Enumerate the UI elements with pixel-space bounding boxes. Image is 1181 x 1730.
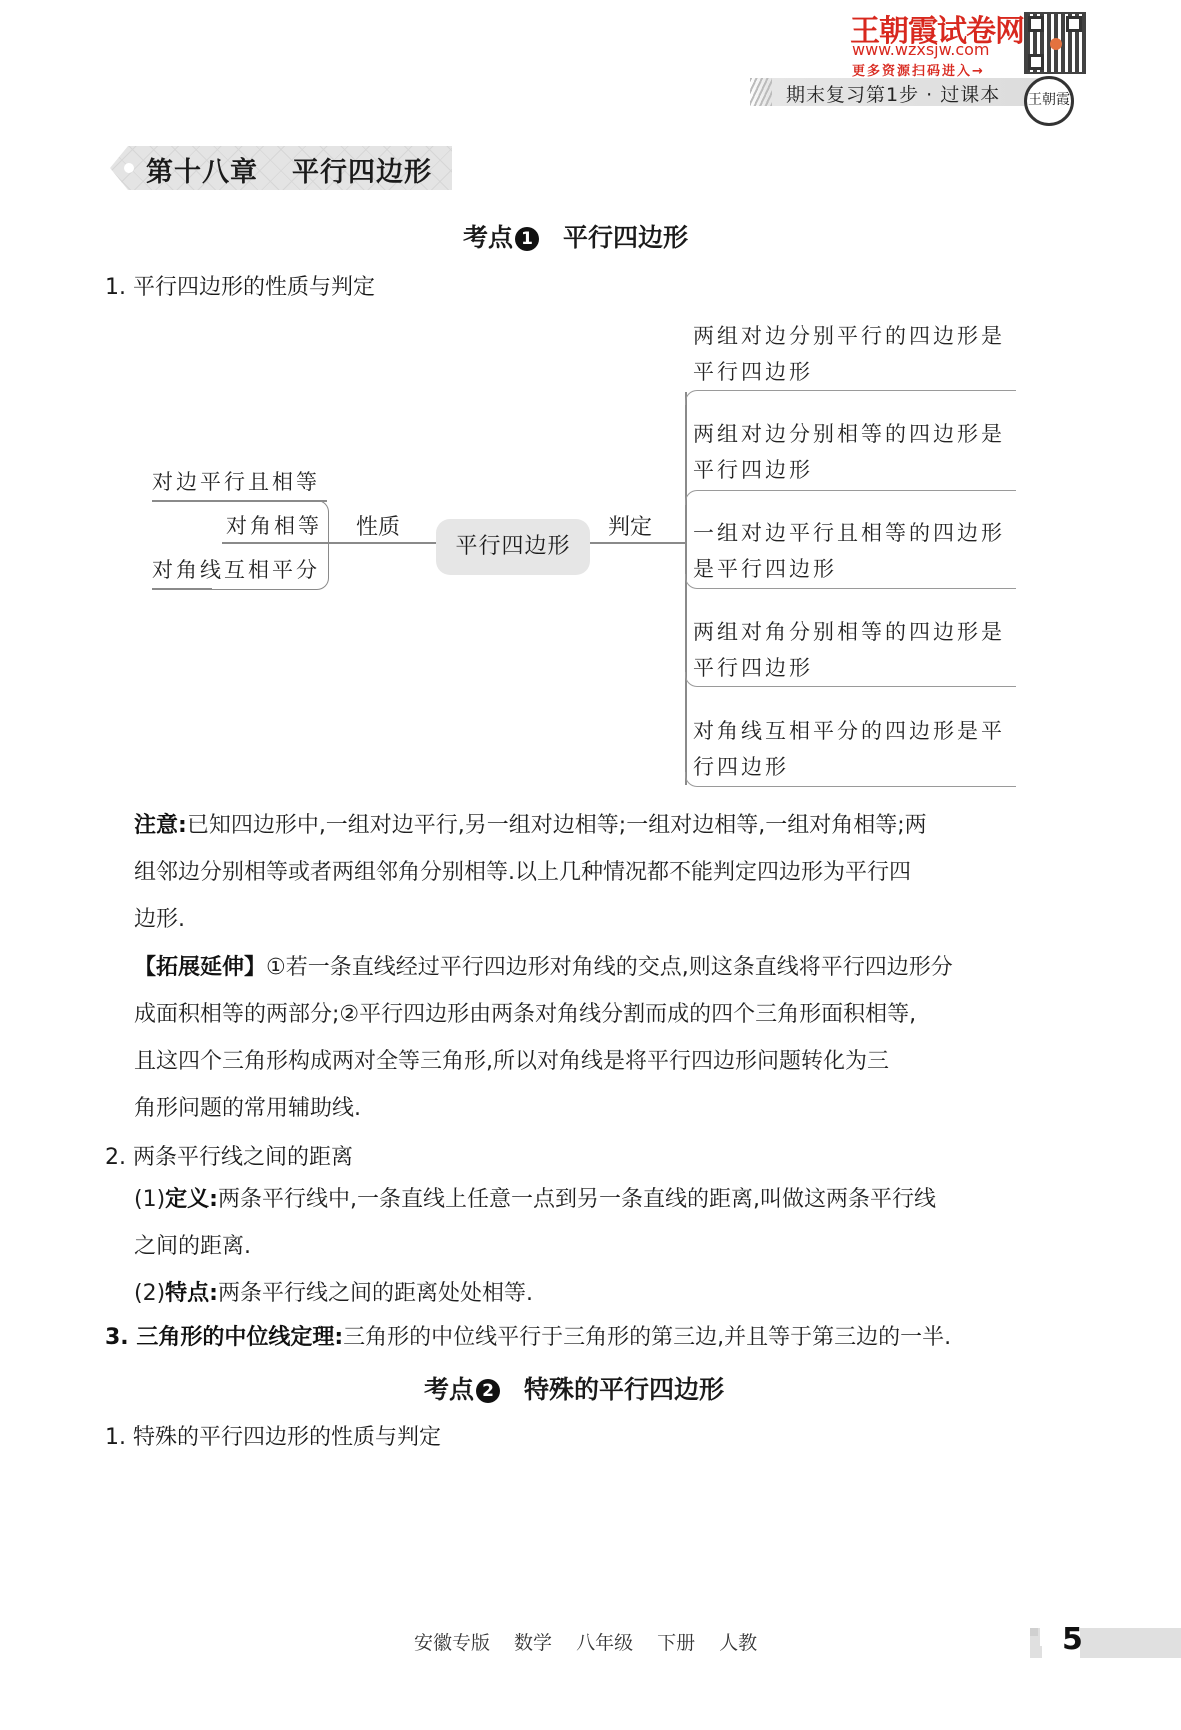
note-text: 组邻边分别相等或者两组邻角分别相等.以上几种情况都不能判定四边形为平行四 [134,849,1074,896]
qr-finder-icon [1028,16,1044,32]
theorem-paragraph: 3. 三角形的中位线定理:三角形的中位线平行于三角形的第三边,并且等于第三边的一… [105,1314,951,1361]
branch-label-properties: 性质 [356,510,400,541]
center-node: 平行四边形 [436,519,590,575]
qr-code-icon[interactable] [1024,12,1086,74]
note-paragraph: 注意:已知四边形中,一组对边平行,另一组对边相等;一组对边相等,一组对角相等;两… [134,802,1074,943]
step-label: 期末复习第1步 · 过课本 [786,80,1000,107]
section-title: 特殊的平行四边形 [524,1375,724,1404]
note-text: 已知四边形中,一组对边平行,另一组对边相等;一组对边相等,一组对角相等;两 [187,813,927,838]
box-line [685,390,1016,405]
extension-text: 角形问题的常用辅助线. [134,1085,1074,1132]
theorem-text: 三角形的中位线平行于三角形的第三边,并且等于第三边的一半. [343,1325,951,1350]
decor-square [1030,1628,1038,1636]
extension-text: 且这四个三角形构成两对全等三角形,所以对角线是将平行四边形问题转化为三 [134,1038,1074,1085]
criterion-item: 两组对角分别相等的四边形是平行四边形 [693,614,1005,686]
connector-line [329,542,437,544]
criterion-item: 对角线互相平分的四边形是平行四边形 [693,713,1005,785]
section-prefix: 考点 [424,1375,474,1404]
feature-label: 特点: [165,1281,218,1306]
connector-line [590,542,686,544]
extension-text: 成面积相等的两部分;②平行四边形由两条对角线分割而成的四个三角形面积相等, [134,991,1074,1038]
item-heading: 2. 两条平行线之间的距离 [105,1140,353,1171]
criterion-item: 一组对边平行且相等的四边形是平行四边形 [693,515,1005,587]
extension-label: 【拓展延伸】 [134,955,266,980]
theorem-label: 3. 三角形的中位线定理: [105,1325,343,1350]
list-marker: (2) [134,1281,165,1306]
branch-label-criteria: 判定 [608,510,652,541]
seal-logo-icon: 王朝霞 [1024,76,1074,126]
criterion-item: 两组对边分别相等的四边形是平行四边形 [693,416,1005,488]
page-number: 5 [1062,1622,1083,1657]
definition-paragraph: (1)定义:两条平行线中,一条直线上任意一点到另一条直线的距离,叫做这两条平行线… [134,1176,1074,1317]
section-prefix: 考点 [463,223,513,252]
item-heading: 1. 特殊的平行四边形的性质与判定 [105,1420,441,1451]
number-badge-icon: 1 [515,227,539,251]
extension-paragraph: 【拓展延伸】①若一条直线经过平行四边形对角线的交点,则这条直线将平行四边形分 成… [134,944,1074,1132]
definition-text: 两条平行线中,一条直线上任意一点到另一条直线的距离,叫做这两条平行线 [218,1187,936,1212]
vertical-connector [685,392,687,785]
chapter-title: 平行四边形 [292,157,432,188]
definition-text: 之间的距离. [134,1223,1074,1270]
tag-hole-icon [124,163,134,173]
decor-square [1030,1646,1042,1658]
brand-more-link[interactable]: 更多资源扫码进入→ [852,60,985,79]
chapter-heading: 第十八章平行四边形 [146,150,432,189]
section-title: 平行四边形 [563,223,688,252]
footer-info: 安徽专版 数学 八年级 下册 人教 [414,1628,757,1655]
bracket-line [200,500,329,590]
box-line [685,490,1016,505]
qr-finder-icon [1028,54,1044,70]
feature-text: 两条平行线之间的距离处处相等. [218,1281,533,1306]
qr-logo-icon [1050,38,1062,50]
section-heading-2: 考点2特殊的平行四边形 [424,1370,724,1406]
item-heading: 1. 平行四边形的性质与判定 [105,270,375,301]
note-label: 注意: [134,813,187,838]
note-text: 边形. [134,896,1074,943]
brand-url[interactable]: www.wzxsjw.com [852,40,989,59]
extension-text: ①若一条直线经过平行四边形对角线的交点,则这条直线将平行四边形分 [266,955,953,980]
chapter-number: 第十八章 [146,157,258,188]
definition-label: 定义: [165,1187,218,1212]
section-heading-1: 考点1平行四边形 [463,218,688,254]
qr-finder-icon [1066,16,1082,32]
criterion-item: 两组对边分别平行的四边形是平行四边形 [693,318,1005,390]
property-item: 对边平行且相等 [152,466,320,496]
hatch-decoration [750,78,772,106]
connector-line [222,542,328,544]
number-badge-icon: 2 [476,1379,500,1403]
connector-line [152,588,212,590]
list-marker: (1) [134,1187,165,1212]
